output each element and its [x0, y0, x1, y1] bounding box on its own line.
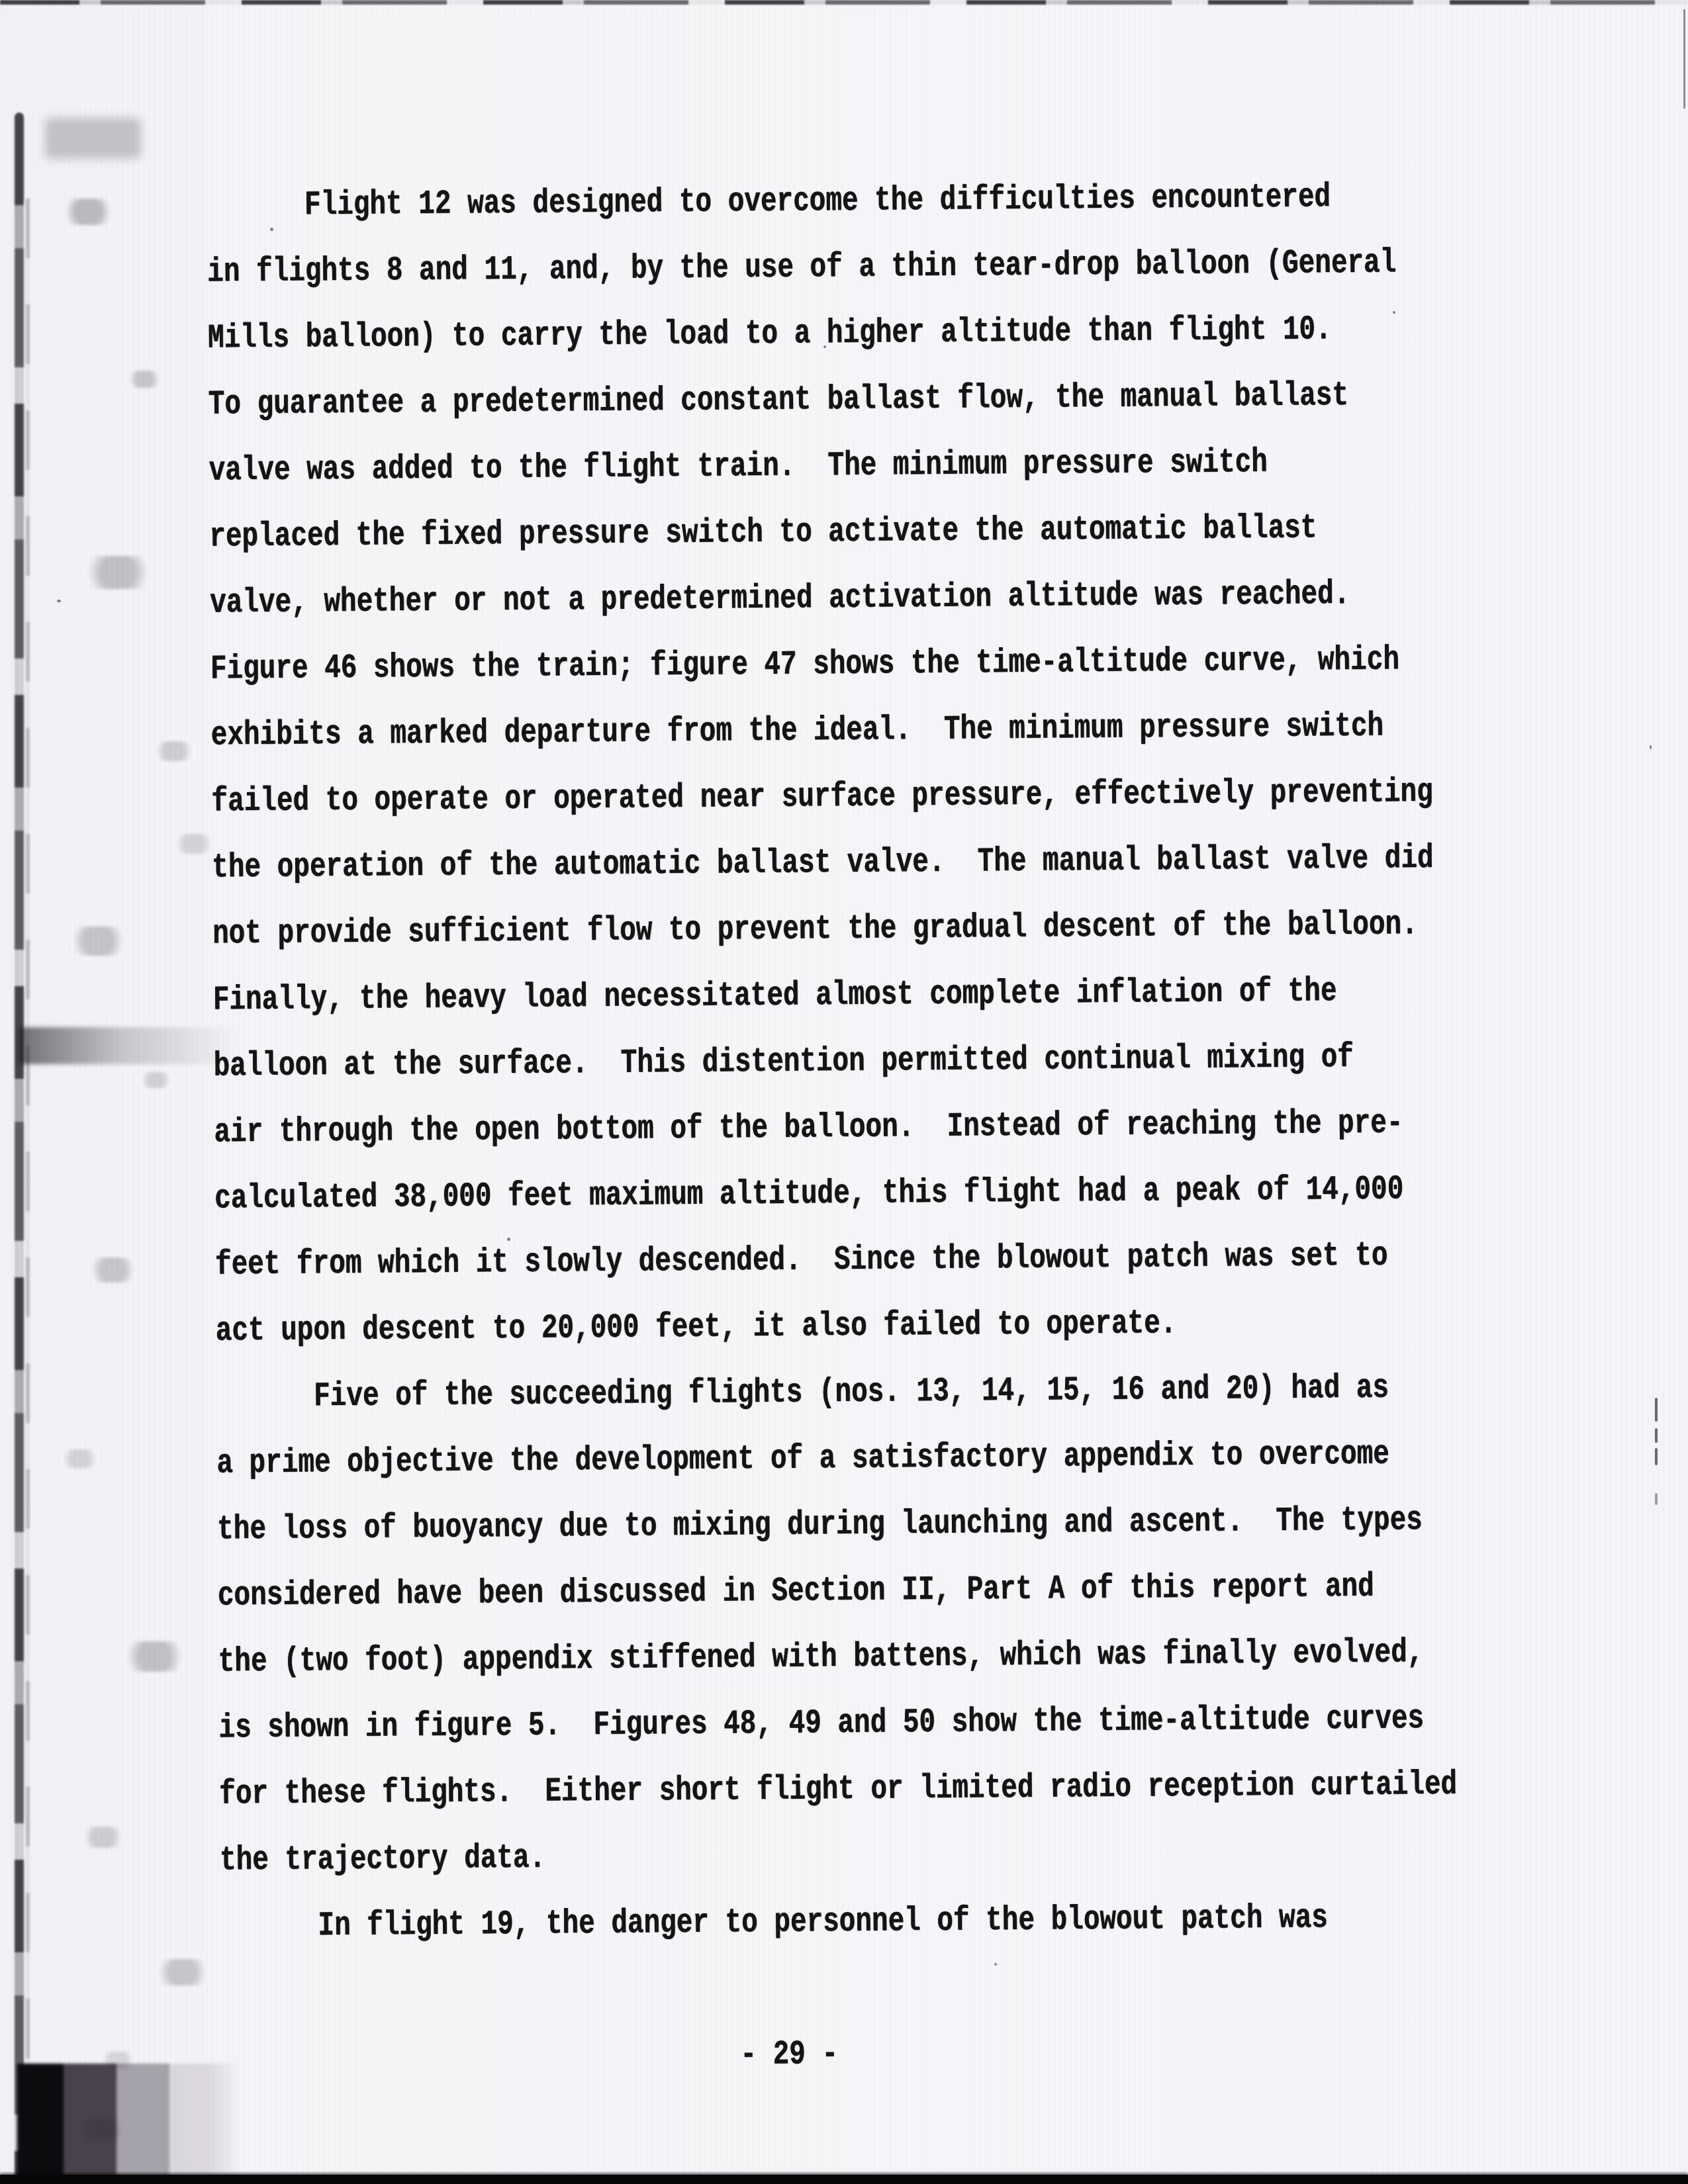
text-line: act upon descent to 20,000 feet, it also… [215, 1289, 1513, 1365]
text-line: calculated 38,000 feet maximum altitude,… [214, 1156, 1513, 1232]
text-line: valve, whether or not a predetermined ac… [210, 561, 1508, 637]
text-line: for these flights. Either short flight o… [219, 1752, 1517, 1828]
text-line: To guarantee a predetermined constant ba… [208, 362, 1506, 438]
ink-speck [1650, 745, 1652, 749]
scan-artifact-topleft-smudge [45, 118, 141, 159]
text-line: not provide sufficient flow to prevent t… [212, 891, 1511, 968]
text-line: air through the open bottom of the ballo… [214, 1090, 1512, 1166]
text-line: is shown in figure 5. Figures 48, 49 and… [218, 1686, 1517, 1762]
document-text-block: Flight 12 was designed to overcome the d… [207, 163, 1520, 2159]
text-line: the operation of the automatic ballast v… [212, 825, 1510, 901]
text-line: in flights 8 and 11, and, by the use of … [207, 230, 1505, 306]
scan-artifact-left-streak [15, 113, 24, 2184]
text-line: Mills balloon) to carry the load to a hi… [208, 296, 1506, 372]
text-line: Flight 12 was designed to overcome the d… [207, 163, 1505, 240]
scan-artifact-top-edge [0, 0, 1688, 5]
scan-artifact-left-streak-faint [26, 199, 30, 2118]
text-line: feet from which it slowly descended. Sin… [215, 1222, 1513, 1298]
scan-artifact-right-dash [1655, 1493, 1658, 1505]
scanned-document-page: Flight 12 was designed to overcome the d… [0, 0, 1688, 2184]
text-line: the loss of buoyancy due to mixing durin… [217, 1487, 1515, 1563]
text-line: In flight 19, the danger to personnel of… [220, 1884, 1518, 1960]
text-line: valve was added to the flight train. The… [209, 428, 1507, 504]
ink-speck [57, 600, 61, 602]
scan-artifact-bottomleft-blob [17, 2064, 242, 2180]
text-line: a prime objective the development of a s… [216, 1421, 1515, 1497]
text-line: Five of the succeeding flights (nos. 13,… [216, 1355, 1514, 1431]
text-line: the trajectory data. [220, 1818, 1518, 1894]
scan-artifact-right-dash [1655, 1398, 1658, 1422]
scan-artifact-bottom-edge [0, 2175, 1688, 2184]
text-line: balloon at the surface. This distention … [213, 1024, 1511, 1100]
scan-artifact-right-dash [1655, 1428, 1658, 1443]
text-line: the (two foot) appendix stiffened with b… [218, 1619, 1516, 1696]
document-lines: Flight 12 was designed to overcome the d… [207, 163, 1518, 1960]
text-line: Finally, the heavy load necessitated alm… [212, 958, 1511, 1034]
text-line: exhibits a marked departure from the ide… [211, 693, 1509, 769]
text-line: replaced the fixed pressure switch to ac… [209, 494, 1507, 570]
text-line: failed to operate or operated near surfa… [211, 759, 1509, 835]
scan-artifact-right-edge-line [1683, 9, 1685, 109]
text-line: Figure 46 shows the train; figure 47 sho… [210, 627, 1508, 703]
scan-artifact-right-dash [1655, 1448, 1658, 1465]
page-number: - 29 - [740, 2022, 838, 2089]
text-line: considered have been discussed in Sectio… [217, 1553, 1515, 1629]
